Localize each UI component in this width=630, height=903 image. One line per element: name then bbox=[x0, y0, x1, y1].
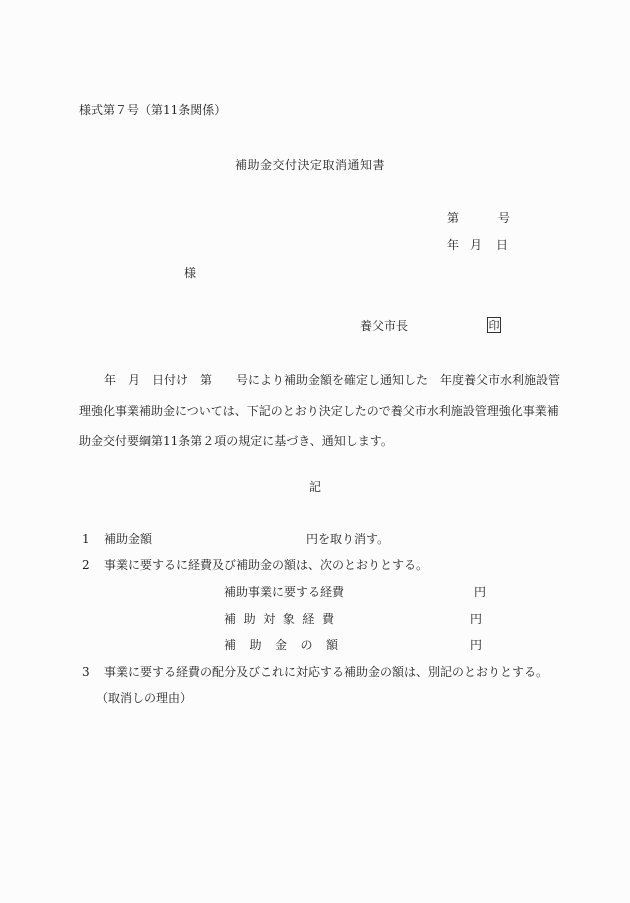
body-paragraph-line: 理強化事業補助金については、下記のとおり決定したので養父市水利施設管理強化事業補 bbox=[79, 403, 559, 419]
sub-item-label: 補助対象経費 bbox=[224, 611, 342, 627]
item-number: 3 bbox=[82, 664, 90, 680]
sub-item-unit: 円 bbox=[470, 637, 482, 653]
body-paragraph-line: 助金交付要綱第11条第２項の規定に基づき、通知します。 bbox=[79, 433, 393, 449]
item-amount-suffix: 円を取り消す。 bbox=[306, 531, 389, 547]
ki-heading: 記 bbox=[309, 479, 321, 495]
item-label: 補助金額 bbox=[104, 531, 152, 547]
doc-number-suffix: 号 bbox=[498, 210, 510, 226]
date-day: 日 bbox=[496, 237, 508, 253]
sub-item-label: 補助金の額 bbox=[224, 637, 352, 653]
sub-item-label: 補助事業に要する経費 bbox=[224, 584, 344, 600]
body-paragraph-line: 年 月 日付け 第 号により補助金額を確定し通知した 年度養父市水利施設管 bbox=[104, 372, 560, 388]
issuer-name: 養父市長 bbox=[360, 318, 408, 334]
item-text: 事業に要するに経費及び補助金の額は、次のとおりとする。 bbox=[104, 557, 428, 573]
document-title: 補助金交付決定取消通知書 bbox=[235, 157, 385, 173]
form-number: 様式第７号（第11条関係） bbox=[79, 102, 226, 118]
seal-mark-icon: 印 bbox=[487, 317, 501, 333]
addressee-suffix: 様 bbox=[184, 265, 196, 281]
item-number: 2 bbox=[82, 557, 90, 573]
date-month: 月 bbox=[470, 237, 482, 253]
reason-label: （取消しの理由） bbox=[96, 690, 192, 706]
doc-number-prefix: 第 bbox=[447, 210, 459, 226]
item-number: 1 bbox=[82, 531, 90, 547]
sub-item-unit: 円 bbox=[470, 611, 482, 627]
sub-item-unit: 円 bbox=[474, 584, 486, 600]
item-text: 事業に要する経費の配分及びこれに対応する補助金の額は、別記のとおりとする。 bbox=[104, 664, 548, 680]
date-year: 年 bbox=[447, 237, 459, 253]
